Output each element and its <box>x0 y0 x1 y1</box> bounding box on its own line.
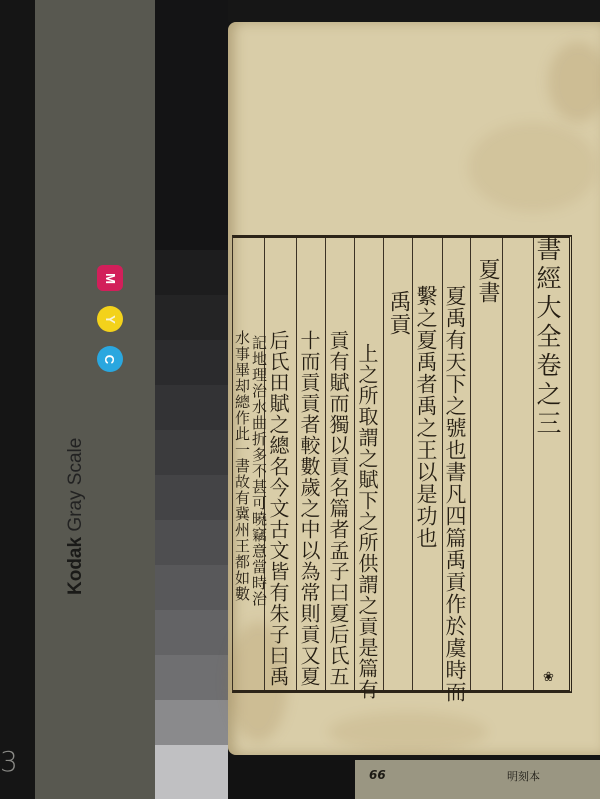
text-column: 繫之夏禹者禹之王以是功也 <box>415 285 436 549</box>
column-divider <box>412 238 413 690</box>
gray-patch <box>155 340 228 385</box>
text-column: 上之所取謂之賦下之所供謂之貢是篇有 <box>357 343 377 700</box>
commentary-column: 記地理治水曲折多不甚可曉竊意當時治 <box>251 335 266 607</box>
catalog-label-slip: 66 明刻本 <box>355 760 600 799</box>
gray-patch <box>155 610 228 655</box>
column-divider <box>502 238 503 690</box>
commentary-column: 水事畢却總作此一書故有冀州王都如數 <box>234 330 249 602</box>
gray-scale-text: Gray Scale <box>65 438 86 532</box>
magenta-dot-icon: M <box>97 265 123 291</box>
gray-patch <box>155 0 228 250</box>
gray-patch <box>155 250 228 295</box>
background-left-black <box>0 0 35 799</box>
gray-patch <box>155 295 228 340</box>
text-column: 十而貢貢者較數歲之中以為常則貢又夏 <box>299 330 319 687</box>
corner-number: 3 <box>0 742 22 782</box>
label-note: 明刻本 <box>507 768 540 784</box>
column-divider <box>470 238 471 690</box>
background-bottom-black <box>228 760 355 799</box>
text-column: 后氏田賦之總名今文古文皆有朱子曰禹 <box>268 330 288 687</box>
kodak-brand: Kodak <box>65 537 86 595</box>
yellow-dot-icon: Y <box>97 306 123 332</box>
background-top-black <box>228 0 600 22</box>
kodak-gray-scale-strip: 17 B 16 14 13 12 11 10 9 8 M 6 5 4 3 2 1… <box>35 0 155 799</box>
gray-patch <box>155 655 228 700</box>
gray-patch <box>155 700 228 745</box>
fish-tail-flower-icon: ❀ <box>543 670 554 685</box>
text-column: 夏禹有天下之號也書凡四篇禹貢作於虞時而 <box>444 285 465 703</box>
gray-patch <box>155 385 228 430</box>
gray-patch <box>155 430 228 475</box>
kodak-gray-scale-label: Kodak Gray Scale <box>65 438 87 595</box>
cyan-dot-icon: C <box>97 346 123 372</box>
gray-patch <box>155 475 228 520</box>
chapter-heading: 禹貢 <box>387 290 409 336</box>
label-number: 66 <box>369 768 386 782</box>
gray-patch <box>155 520 228 565</box>
gray-patch <box>155 565 228 610</box>
book-title-column: 書經大全卷之三 <box>535 236 560 439</box>
text-column: 貢有賦而獨以貢名篇者孟子曰夏后氏五 <box>328 330 348 687</box>
section-heading: 夏書 <box>476 258 498 304</box>
gray-patch <box>155 745 228 799</box>
column-divider <box>383 238 384 690</box>
